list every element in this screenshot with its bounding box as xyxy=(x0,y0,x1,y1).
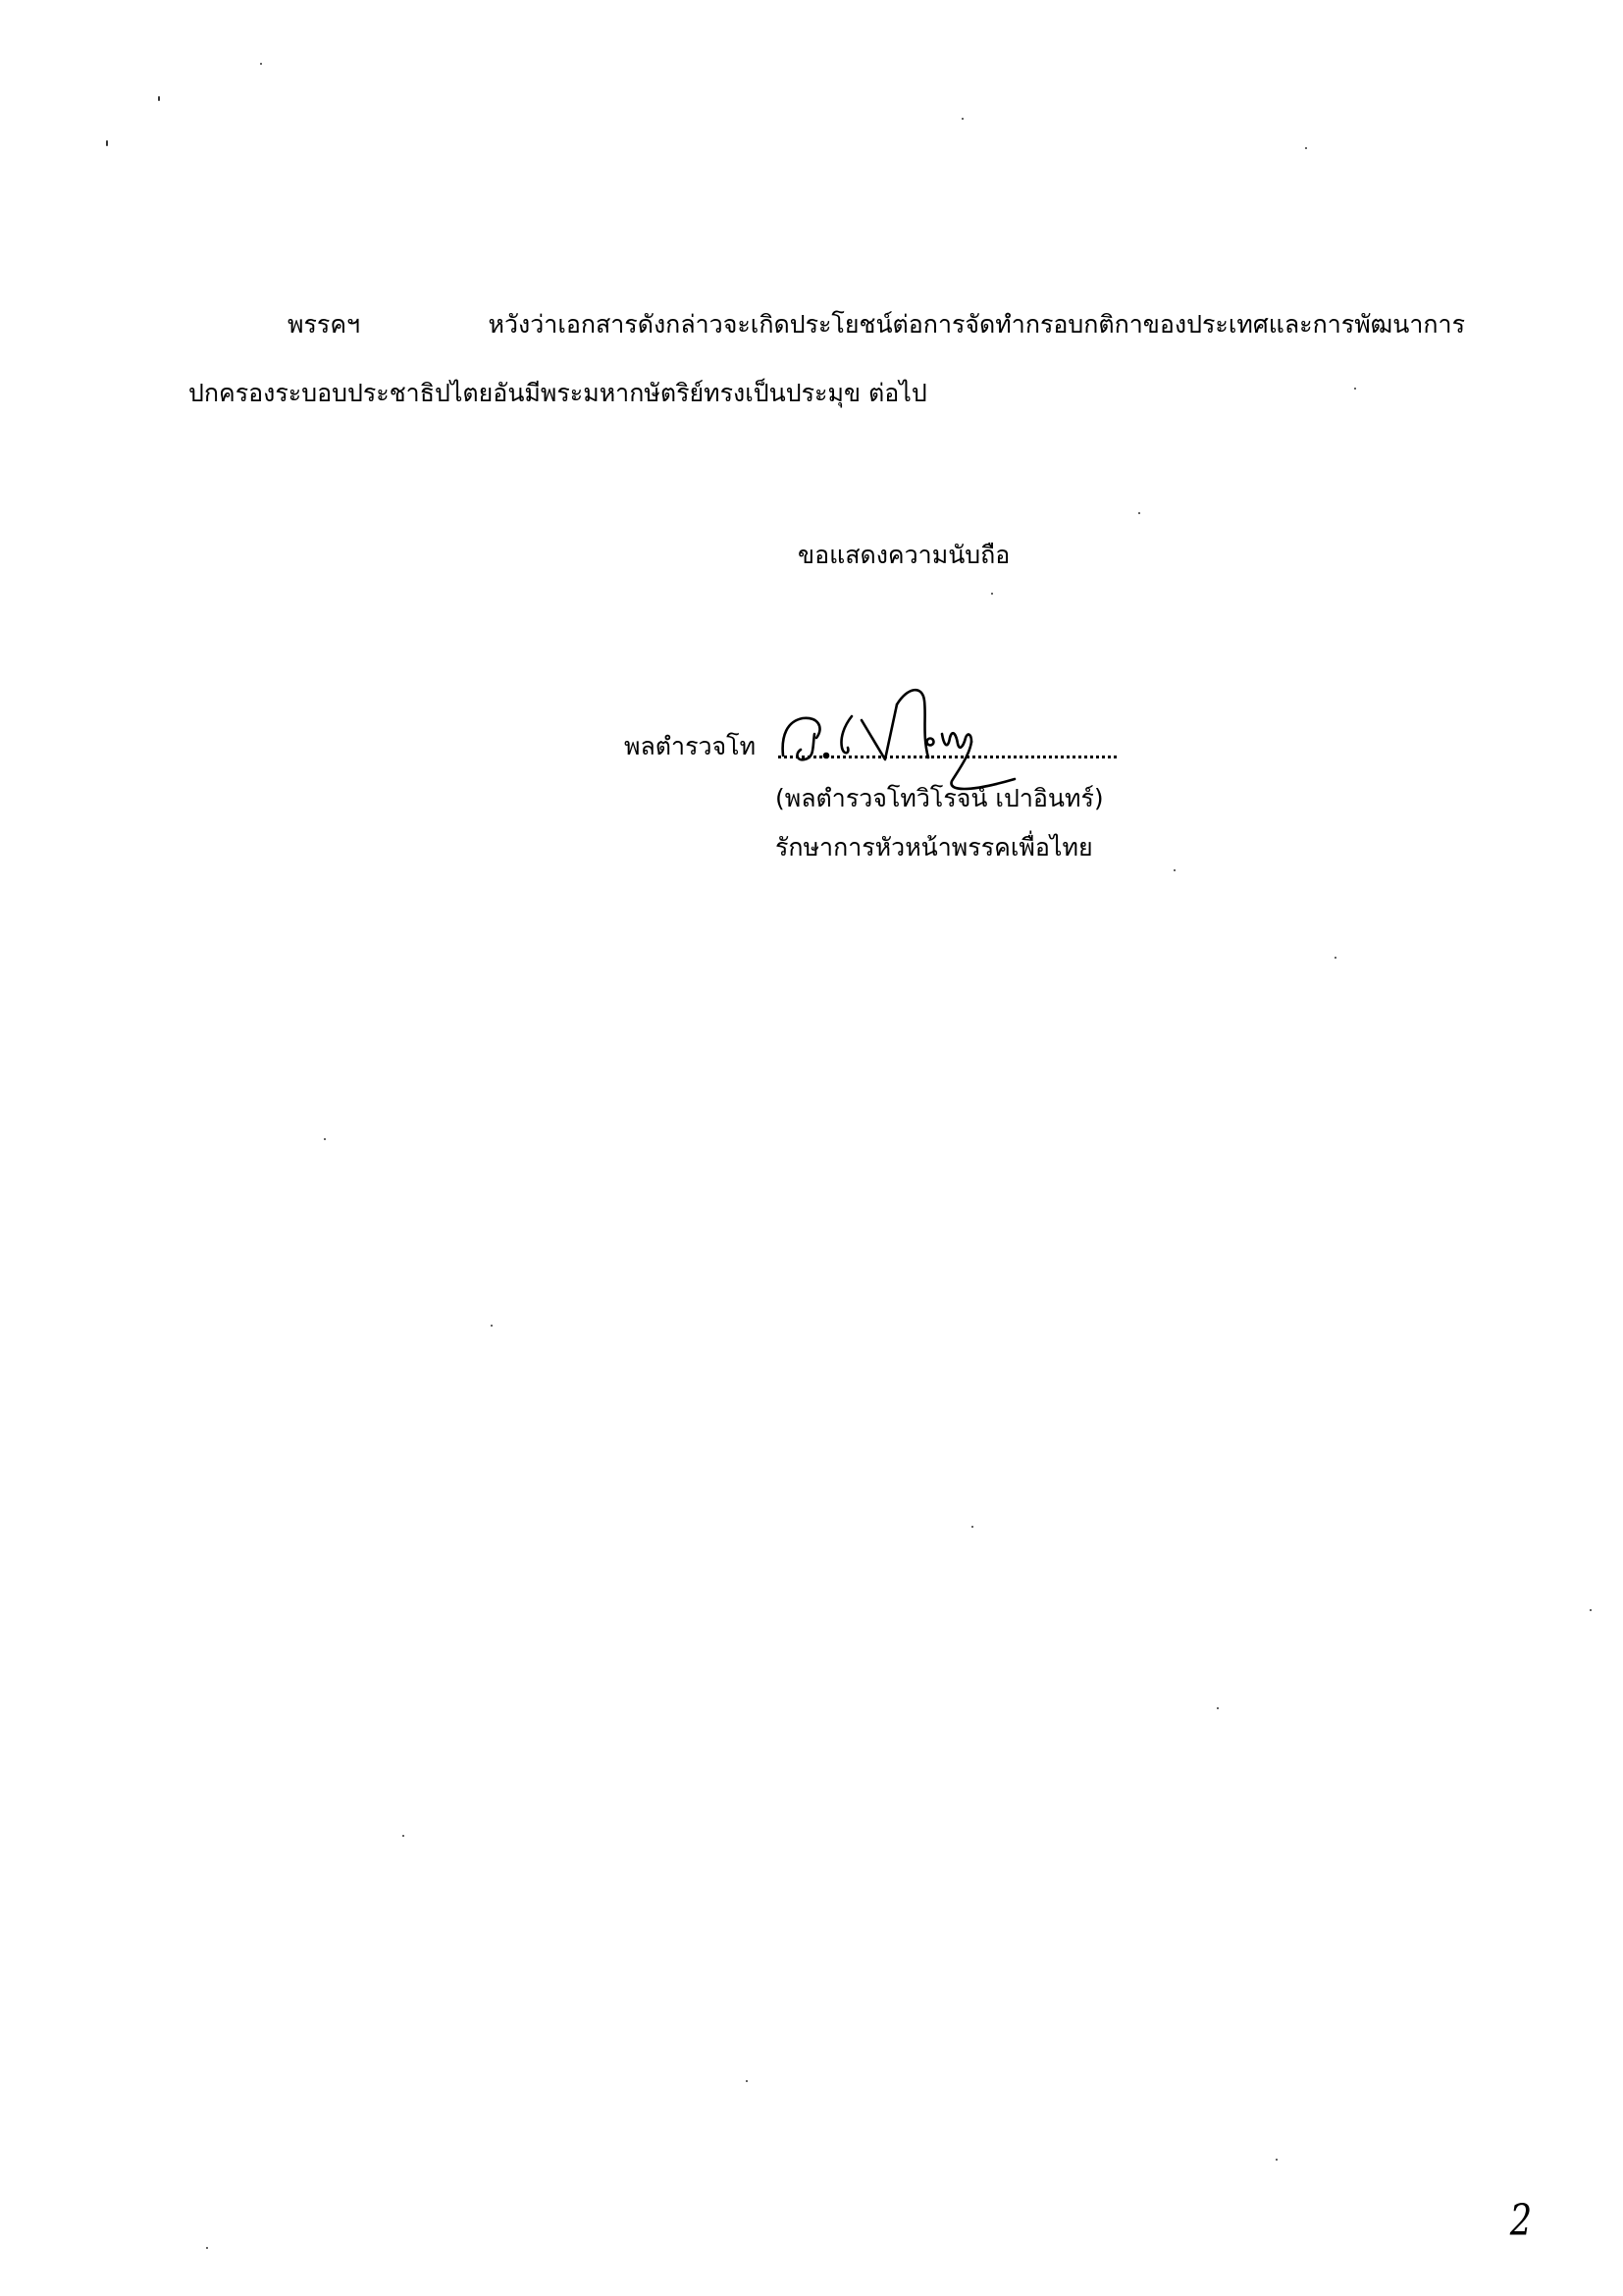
paragraph-line-2: ปกครองระบอบประชาธิปไตยอันมีพระมหากษัตริย… xyxy=(188,381,927,405)
scan-speck xyxy=(1305,147,1307,149)
scan-speck xyxy=(158,96,160,101)
scan-speck xyxy=(402,1835,404,1837)
scan-speck xyxy=(1335,957,1336,959)
scan-speck xyxy=(260,63,262,65)
document-page: พรรคฯ หวังว่าเอกสารดังกล่าวจะเกิดประโยชน… xyxy=(0,0,1623,2296)
scan-speck xyxy=(1590,1609,1592,1611)
scan-speck xyxy=(491,1325,493,1327)
signer-name: (พลตำรวจโทวิโรจน์ เปาอินทร์) xyxy=(775,786,1104,810)
scan-speck xyxy=(1138,512,1140,514)
scan-speck xyxy=(962,118,964,120)
scan-speck xyxy=(106,140,108,146)
scan-speck xyxy=(1174,869,1176,871)
scan-speck xyxy=(746,2080,748,2082)
page-number: 2 xyxy=(1510,2200,1532,2243)
scan-speck xyxy=(971,1526,973,1528)
scan-speck xyxy=(1354,388,1356,390)
scan-speck xyxy=(1276,2159,1278,2161)
scan-speck xyxy=(324,1138,326,1140)
signer-rank-label: พลตำรวจโท xyxy=(624,734,756,758)
closing-salutation: ขอแสดงความนับถือ xyxy=(798,543,1010,567)
signer-title: รักษาการหัวหน้าพรรคเพื่อไทย xyxy=(775,835,1093,860)
scan-speck xyxy=(991,593,993,595)
scan-speck xyxy=(206,2247,208,2249)
scan-speck xyxy=(1217,1707,1219,1709)
paragraph-line-1: พรรคฯ หวังว่าเอกสารดังกล่าวจะเกิดประโยชน… xyxy=(288,312,1465,337)
